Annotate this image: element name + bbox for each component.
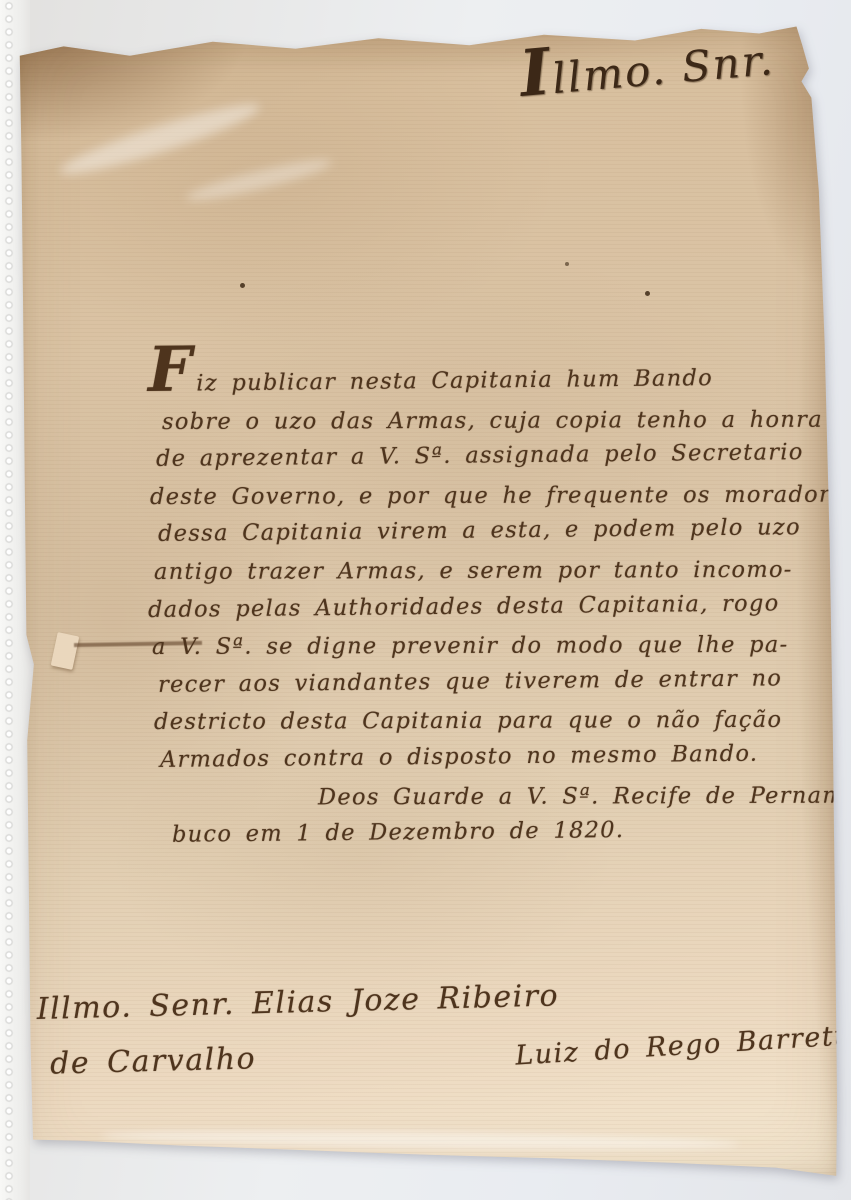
manuscript-line: recer aos viandantes que tiverem de entr… <box>148 659 848 704</box>
manuscript-line: buco em 1 de Dezembro de 1820. <box>148 810 848 855</box>
manuscript-line: Armados contra o disposto no mesmo Bando… <box>148 735 848 780</box>
salutation-text: Illmo. Snr. <box>518 31 821 106</box>
addressee-block: Illmo. Senr. Elias Joze Ribeirode Carval… <box>36 968 561 1092</box>
manuscript-line: dados pelas Authoridades desta Capitania… <box>148 584 848 629</box>
photo-backdrop: Illmo. Snr. Fiz publicar nesta Capitania… <box>0 0 851 1200</box>
manuscript-page: Illmo. Snr. Fiz publicar nesta Capitania… <box>0 0 851 1200</box>
handwriting-layer: Illmo. Snr. Fiz publicar nesta Capitania… <box>14 16 842 1184</box>
signature-text: Luiz do Rego Barretto <box>514 1019 851 1071</box>
manuscript-line: dessa Capitania virem a esta, e podem pe… <box>148 509 848 554</box>
paper-sheet: Illmo. Snr. Fiz publicar nesta Capitania… <box>14 16 842 1184</box>
manuscript-line: de aprezentar a V. Sª. assignada pelo Se… <box>148 434 848 479</box>
manuscript-body: Fiz publicar nesta Capitania hum Bandoso… <box>148 366 848 855</box>
manuscript-line: Fiz publicar nesta Capitania hum Bando <box>148 359 848 404</box>
